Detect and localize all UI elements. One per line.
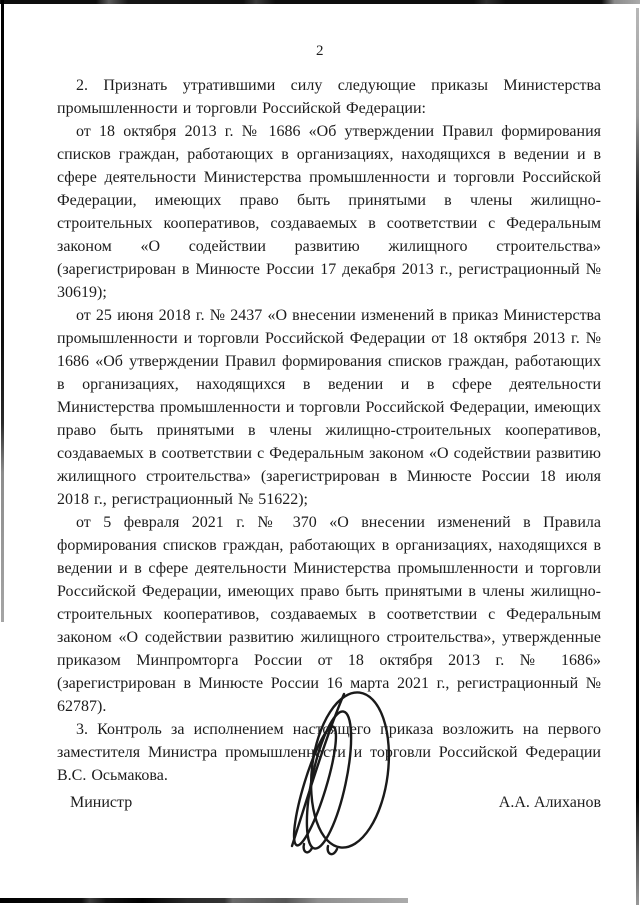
minister-signature-mark [278, 686, 392, 858]
scan-artifact-left-edge [1, 0, 4, 622]
page-number: 2 [0, 43, 640, 60]
scan-artifact-top-edge [0, 0, 640, 4]
scan-artifact-bottom-edge [0, 898, 408, 903]
signature-row: Министр А.А. Алиханов [57, 794, 601, 812]
signer-title: Министр [57, 794, 132, 812]
signature-icon [278, 686, 392, 858]
document-page: 2 2. Признать утратившими силу следующие… [0, 0, 640, 905]
paragraph-order-1686: от 18 октября 2013 г. № 1686 «Об утвержд… [57, 120, 601, 304]
paragraph-recognize-void: 2. Признать утратившими силу следующие п… [57, 74, 601, 120]
scan-artifact-right-edge [636, 8, 639, 905]
signer-name: А.А. Алиханов [499, 794, 601, 812]
document-body: 2. Признать утратившими силу следующие п… [57, 74, 601, 787]
paragraph-order-2437: от 25 июня 2018 г. № 2437 «О внесении из… [57, 304, 601, 511]
